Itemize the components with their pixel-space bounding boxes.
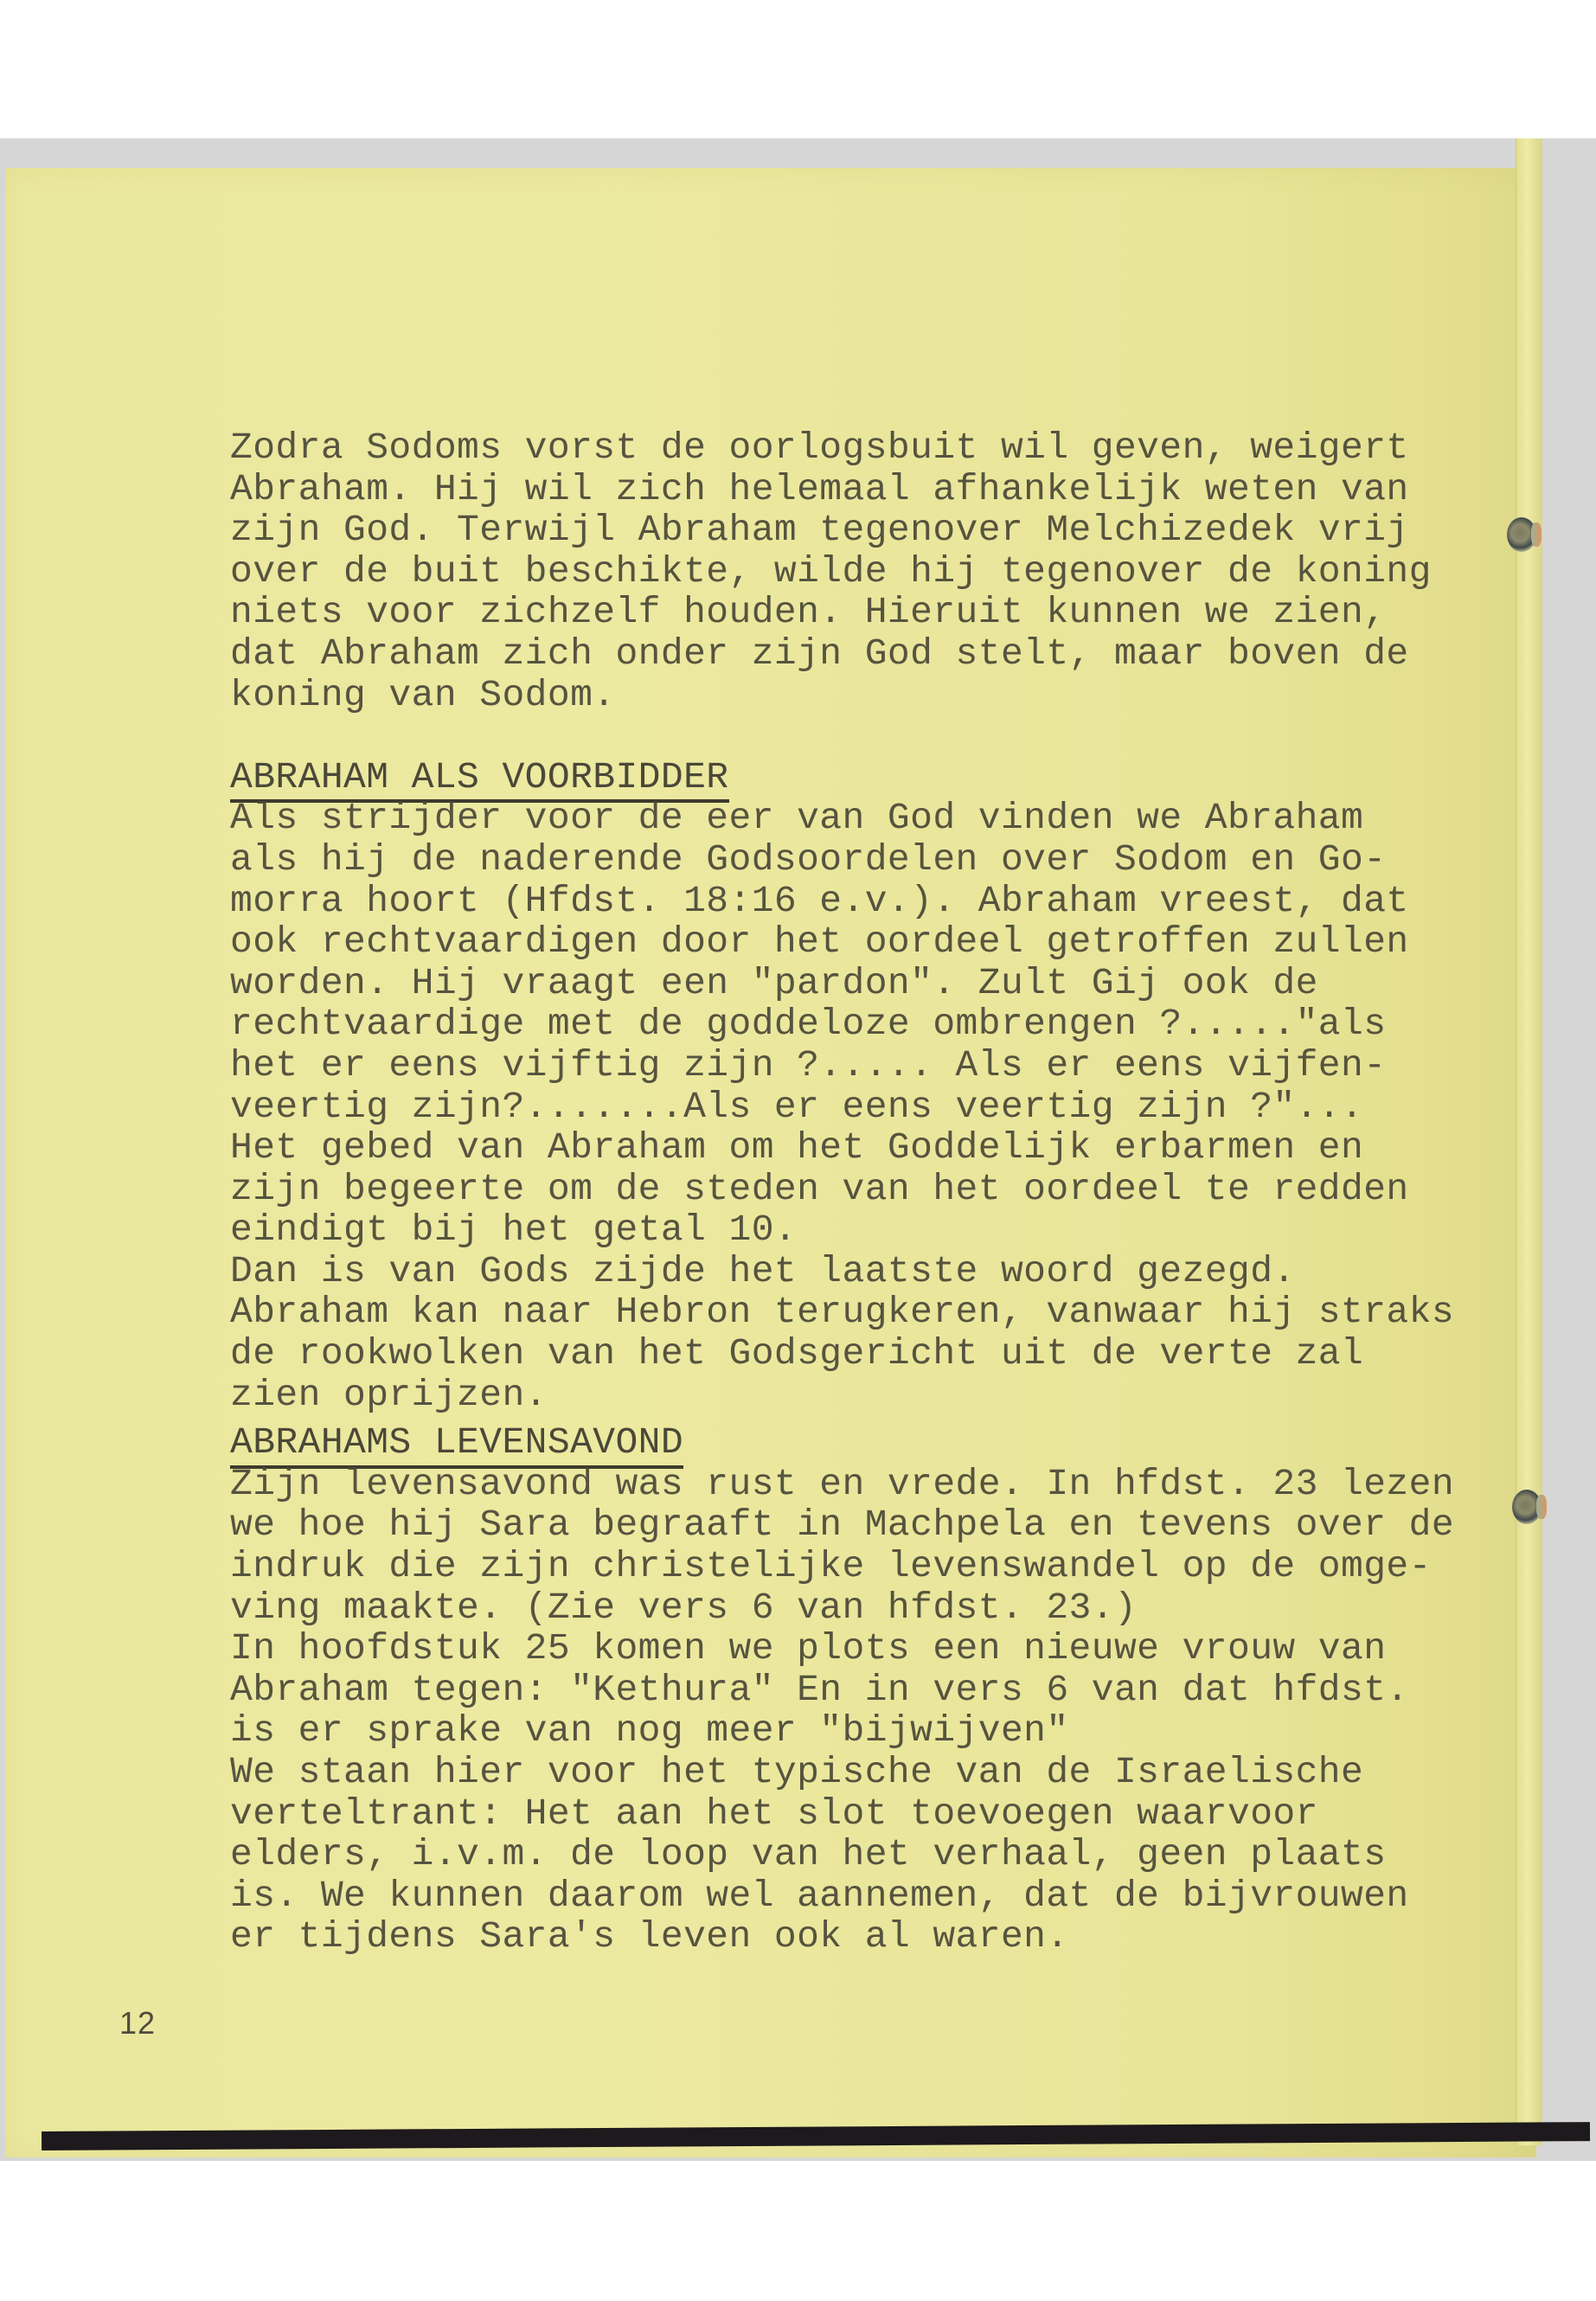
section-heading-wrap: ABRAHAMS LEVENSAVOND <box>230 1422 1484 1464</box>
text-line: We staan hier voor het typische van de I… <box>230 1752 1484 1793</box>
text-line: eindigt bij het getal 10. <box>230 1209 1484 1251</box>
text-line: is er sprake van nog meer "bijwijven" <box>230 1710 1484 1752</box>
text-line: Zijn levensavond was rust en vrede. In h… <box>230 1464 1484 1505</box>
text-line: indruk die zijn christelijke levenswande… <box>230 1546 1484 1587</box>
text-line: morra hoort (Hfdst. 18:16 e.v.). Abraham… <box>230 881 1484 922</box>
text-line: Het gebed van Abraham om het Goddelijk e… <box>230 1127 1484 1169</box>
text-line: Dan is van Gods zijde het laatste woord … <box>230 1251 1484 1292</box>
text-line: Abraham. Hij wil zich helemaal afhankeli… <box>230 469 1484 510</box>
text-line: er tijdens Sara's leven ook al waren. <box>230 1916 1484 1958</box>
text-line: zijn begeerte om de steden van het oorde… <box>230 1169 1484 1210</box>
text-line: niets voor zichzelf houden. Hieruit kunn… <box>230 592 1484 633</box>
paragraph-levensavond: Zijn levensavond was rust en vrede. In h… <box>230 1464 1484 1958</box>
text-line: we hoe hij Sara begraaft in Machpela en … <box>230 1504 1484 1546</box>
text-line: veertig zijn?.......Als er eens veertig … <box>230 1086 1484 1128</box>
paragraph-intro: Zodra Sodoms vorst de oorlogsbuit wil ge… <box>230 427 1484 715</box>
text-line: rechtvaardige met de goddeloze ombrengen… <box>230 1003 1484 1045</box>
text-line: zien oprijzen. <box>230 1375 1484 1416</box>
paragraph-voorbidder: Als strijder voor de eer van God vinden … <box>230 798 1484 1415</box>
text-line: de rookwolken van het Godsgericht uit de… <box>230 1333 1484 1375</box>
text-line: verteltrant: Het aan het slot toevoegen … <box>230 1793 1484 1835</box>
text-line: Abraham tegen: "Kethura" En in vers 6 va… <box>230 1670 1484 1711</box>
text-line: worden. Hij vraagt een "pardon". Zult Gi… <box>230 963 1484 1004</box>
text-line: Zodra Sodoms vorst de oorlogsbuit wil ge… <box>230 427 1484 469</box>
text-line: zijn God. Terwijl Abraham tegenover Melc… <box>230 510 1484 551</box>
page-number: 12 <box>119 2005 156 2041</box>
text-line: dat Abraham zich onder zijn God stelt, m… <box>230 633 1484 675</box>
text-line: over de buit beschikte, wilde hij tegeno… <box>230 551 1484 593</box>
text-line: ook rechtvaardigen door het oordeel getr… <box>230 921 1484 963</box>
blank-line <box>230 715 1484 757</box>
staple-icon <box>1512 1490 1542 1524</box>
text-line: Als strijder voor de eer van God vinden … <box>230 798 1484 839</box>
text-line: is. We kunnen daarom wel aannemen, dat d… <box>230 1875 1484 1917</box>
text-line: koning van Sodom. <box>230 675 1484 716</box>
section-heading-wrap: ABRAHAM ALS VOORBIDDER <box>230 757 1484 798</box>
text-line: In hoofdstuk 25 komen we plots een nieuw… <box>230 1628 1484 1670</box>
text-line: ving maakte. (Zie vers 6 van hfdst. 23.) <box>230 1587 1484 1629</box>
staple-icon <box>1507 517 1536 552</box>
text-line: Abraham kan naar Hebron terugkeren, vanw… <box>230 1292 1484 1333</box>
text-line: als hij de naderende Godsoordelen over S… <box>230 839 1484 881</box>
typewritten-text: Zodra Sodoms vorst de oorlogsbuit wil ge… <box>230 427 1484 1958</box>
text-line: het er eens vijftig zijn ?..... Als er e… <box>230 1045 1484 1086</box>
page-binding-edge <box>1516 138 1542 2145</box>
text-line: elders, i.v.m. de loop van het verhaal, … <box>230 1834 1484 1875</box>
